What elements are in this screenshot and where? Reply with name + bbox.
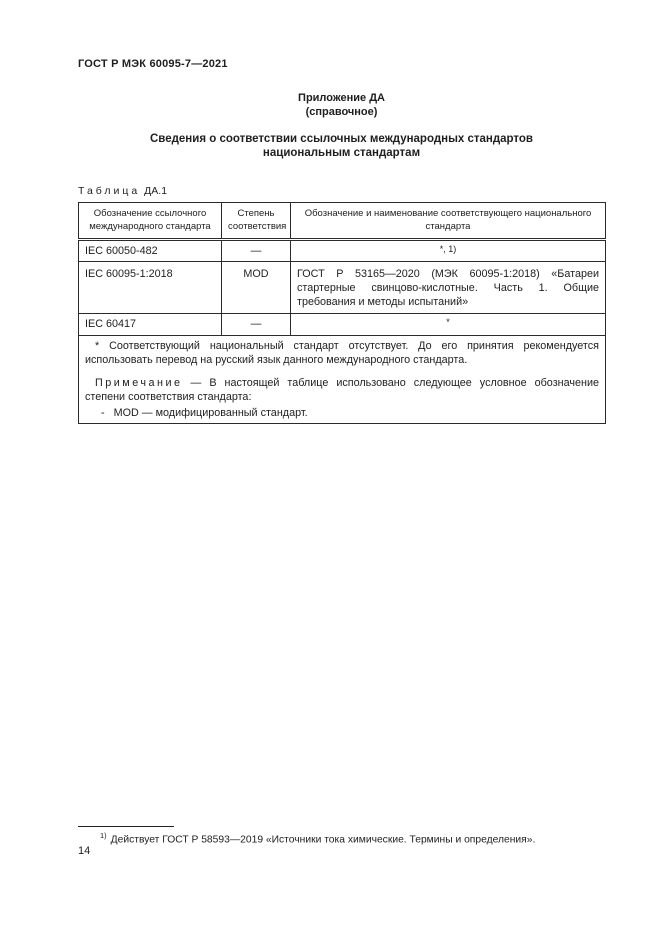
page-title-line-2: национальным стандартам [78, 146, 605, 161]
note-item-text: MOD — модифицированный стандарт. [114, 407, 308, 419]
standards-correspondence-table: Обозначение ссылочного международного ст… [78, 202, 606, 424]
page-number: 14 [78, 845, 90, 857]
table-caption: ТаблицаДА.1 [78, 185, 605, 197]
page-footnote: 1)Действует ГОСТ Р 58593—2019 «Источники… [78, 831, 605, 845]
document-page: ГОСТ Р МЭК 60095-7—2021 Приложение ДА (с… [0, 0, 661, 935]
cell-degree: MOD [222, 262, 291, 313]
appendix-label: Приложение ДА [78, 92, 605, 106]
footnote-separator-rule [78, 826, 174, 827]
column-header-national-standard: Обозначение и наименование соответствующ… [291, 203, 606, 240]
cell-national-standard: * [291, 313, 606, 335]
table-caption-word: Таблица [78, 185, 140, 197]
cell-national-standard: *, 1) [291, 240, 606, 262]
table-row: IEC 60095-1:2018 MOD ГОСТ Р 53165—2020 (… [79, 262, 606, 313]
note-item-marker: - [101, 407, 105, 419]
page-content: ГОСТ Р МЭК 60095-7—2021 Приложение ДА (с… [78, 58, 605, 424]
page-title-line-1: Сведения о соответствии ссылочных междун… [78, 132, 605, 147]
cell-degree: — [222, 240, 291, 262]
page-title: Сведения о соответствии ссылочных междун… [78, 132, 605, 162]
table-footer-row: * Соответствующий национальный стандарт … [79, 335, 606, 424]
table-row: IEC 60050-482 — *, 1) [79, 240, 606, 262]
column-header-international-standard: Обозначение ссылочного международного ст… [79, 203, 222, 240]
table-note: Примечание — В настоящей таблице использ… [85, 376, 599, 405]
table-footer-cell: * Соответствующий национальный стандарт … [79, 335, 606, 424]
table-caption-number: ДА.1 [144, 185, 167, 197]
cell-national-standard: ГОСТ Р 53165—2020 (МЭК 60095-1:2018) «Ба… [291, 262, 606, 313]
footnote-marker: *, 1) [440, 244, 457, 254]
table-footnote-star: * Соответствующий национальный стандарт … [85, 339, 599, 368]
cell-ref-standard: IEC 60095-1:2018 [79, 262, 222, 313]
page-footnote-text: Действует ГОСТ Р 58593—2019 «Источники т… [111, 834, 536, 845]
note-label: Примечание [95, 377, 183, 389]
cell-ref-standard: IEC 60417 [79, 313, 222, 335]
document-code: ГОСТ Р МЭК 60095-7—2021 [78, 58, 605, 70]
footnote-marker: * [446, 317, 450, 327]
appendix-kind: (справочное) [78, 106, 605, 120]
note-list-item: -MOD — модифицированный стандарт. [85, 406, 599, 421]
cell-degree: — [222, 313, 291, 335]
cell-ref-standard: IEC 60050-482 [79, 240, 222, 262]
table-row: IEC 60417 — * [79, 313, 606, 335]
table-header-row: Обозначение ссылочного международного ст… [79, 203, 606, 240]
page-footnote-marker: 1) [100, 831, 107, 840]
column-header-degree: Степень соответствия [222, 203, 291, 240]
